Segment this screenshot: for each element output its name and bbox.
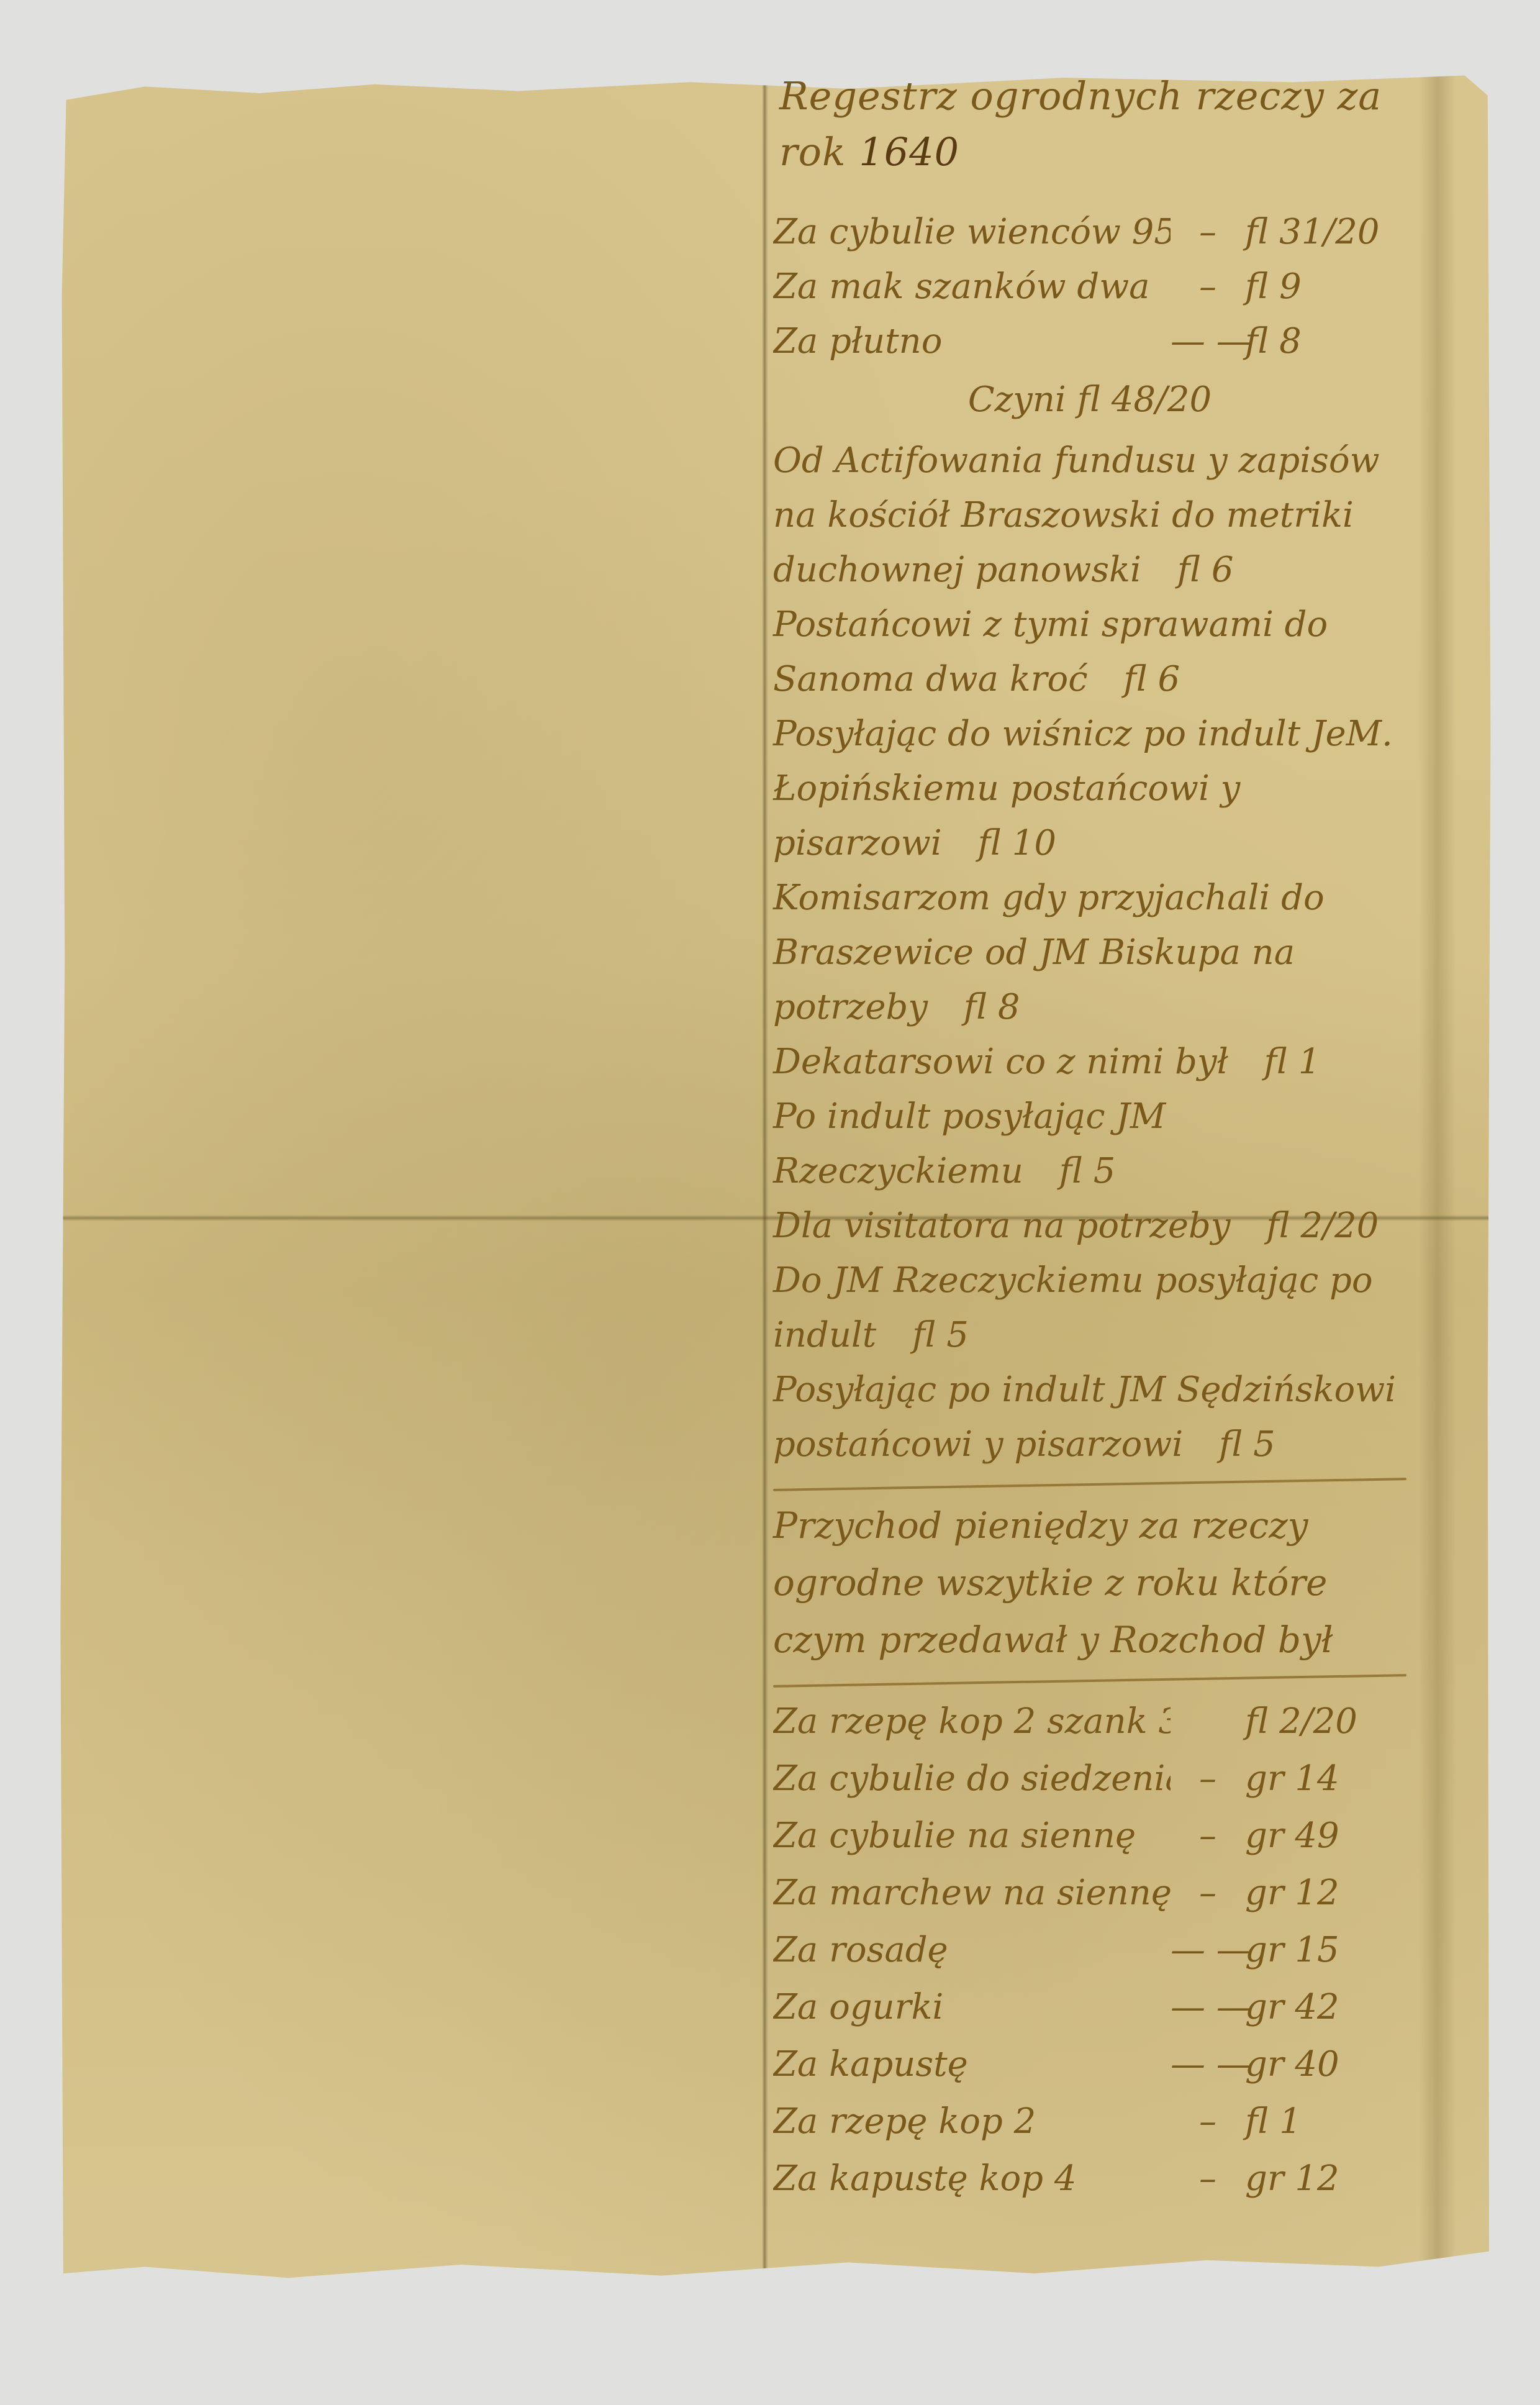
item-dash: – <box>1171 1865 1245 1922</box>
entry-amount: fl 5 <box>1059 1151 1116 1191</box>
expense-entry: Po indult posyłając JM Rzeczyckiemu fl 5 <box>773 1089 1406 1199</box>
document-title: Regestrz ogrodnych rzeczy za rok 1640 <box>779 68 1406 180</box>
expense-entry: Od Actifowania fundusu y zapisów na kośc… <box>773 434 1406 598</box>
ledger-row: Za mak szanków dwa – fl 9 <box>773 260 1406 314</box>
section-sum: Czyni fl 48/20 <box>773 371 1406 429</box>
ledger-row: Za rzepę kop 2 – fl 1 <box>773 2093 1406 2150</box>
ledger-row: Za kapustę — — gr 40 <box>773 2036 1406 2093</box>
entry-amount: fl 8 <box>964 987 1020 1027</box>
edge-stain <box>1419 73 1456 2285</box>
item-amount: fl 31/20 <box>1245 205 1406 260</box>
item-amount: gr 12 <box>1245 1865 1406 1922</box>
entry-text: Dla visitatora na potrzeby <box>773 1206 1230 1246</box>
item-amount: gr 15 <box>1245 1922 1406 1979</box>
ledger-row: Za cybulie do siedzenia – gr 14 <box>773 1750 1406 1807</box>
entry-amount: fl 2/20 <box>1266 1206 1379 1246</box>
item-amount: gr 14 <box>1245 1750 1406 1807</box>
entry-amount: fl 10 <box>978 823 1056 863</box>
ledger-row: Za marchew na siennę – gr 12 <box>773 1865 1406 1922</box>
expense-entry: Dla visitatora na potrzeby fl 2/20 <box>773 1199 1406 1253</box>
sum-label: Czyni <box>968 380 1066 420</box>
entry-amount: fl 5 <box>1219 1424 1275 1465</box>
ledger-row: Za rosadę — — gr 15 <box>773 1922 1406 1979</box>
ledger-row: Za płutno — — fl 8 <box>773 314 1406 369</box>
section-heading: Przychod pieniędzy za rzeczy ogrodne wsz… <box>773 1497 1406 1668</box>
ledger-row: Za rzepę kop 2 szank 3 fl 2/20 <box>773 1693 1406 1750</box>
vertical-fold-crease <box>762 73 768 2285</box>
expense-entry: Komisarzom gdy przyjachali do Braszewice… <box>773 871 1406 1035</box>
section-income-sales: Za cybulie wienców 95 – fl 31/20 Za mak … <box>773 205 1406 429</box>
item-label: Za kapustę <box>773 2036 1171 2093</box>
item-label: Za kapustę kop 4 <box>773 2150 1171 2207</box>
title-year: 1640 <box>859 129 959 175</box>
expense-entry: Dekatarsowi co z nimi był fl 1 <box>773 1035 1406 1089</box>
section-garden-income: Za rzepę kop 2 szank 3 fl 2/20 Za cybuli… <box>773 1693 1406 2207</box>
item-dash: – <box>1171 205 1245 260</box>
entry-text: Dekatarsowi co z nimi był <box>773 1042 1228 1082</box>
item-label: Za rosadę <box>773 1922 1171 1979</box>
entry-text: Postańcowi z tymi sprawami do Sanoma dwa… <box>773 604 1328 699</box>
entry-amount: fl 6 <box>1123 659 1180 699</box>
item-dash: – <box>1171 2150 1245 2207</box>
item-dash: – <box>1171 1807 1245 1865</box>
entry-text: Komisarzom gdy przyjachali do Braszewice… <box>773 878 1325 1027</box>
entry-text: Posyłając do wiśnicz po indult JeM. Łopi… <box>773 714 1393 863</box>
expense-entry: Posyłając po indult JM Sędzińskowi posta… <box>773 1363 1406 1472</box>
divider-rule <box>773 1478 1406 1491</box>
item-amount: gr 40 <box>1245 2036 1406 2093</box>
item-dash: — — <box>1171 1922 1245 1979</box>
item-dash: — — <box>1171 2036 1245 2093</box>
item-label: Za rzepę kop 2 szank 3 <box>773 1693 1171 1750</box>
item-dash: — — <box>1171 1979 1245 2036</box>
item-amount: gr 49 <box>1245 1807 1406 1865</box>
item-dash: – <box>1171 2093 1245 2150</box>
ledger-row: Za ogurki — — gr 42 <box>773 1979 1406 2036</box>
item-label: Za mak szanków dwa <box>773 260 1171 314</box>
item-amount: gr 42 <box>1245 1979 1406 2036</box>
entry-amount: fl 5 <box>912 1315 969 1355</box>
item-label: Za marchew na siennę <box>773 1865 1171 1922</box>
section-expenses: Od Actifowania fundusu y zapisów na kośc… <box>773 434 1406 1472</box>
expense-entry: Postańcowi z tymi sprawami do Sanoma dwa… <box>773 598 1406 707</box>
item-amount: fl 2/20 <box>1245 1693 1406 1750</box>
expense-entry: Posyłając do wiśnicz po indult JeM. Łopi… <box>773 707 1406 871</box>
ledger-row: Za kapustę kop 4 – gr 12 <box>773 2150 1406 2207</box>
entry-text: Posyłając po indult JM Sędzińskowi posta… <box>773 1370 1396 1465</box>
item-label: Za cybulie wienców 95 <box>773 205 1171 260</box>
divider-rule <box>773 1674 1406 1688</box>
item-dash: – <box>1171 1750 1245 1807</box>
item-label: Za płutno <box>773 314 1171 369</box>
manuscript-text-column: Regestrz ogrodnych rzeczy za rok 1640 Za… <box>773 68 1406 2207</box>
ledger-row: Za cybulie wienców 95 – fl 31/20 <box>773 205 1406 260</box>
item-dash: – <box>1171 260 1245 314</box>
item-dash: — — <box>1171 314 1245 369</box>
title-line-2-prefix: rok <box>779 129 846 175</box>
ledger-row: Za cybulie na siennę – gr 49 <box>773 1807 1406 1865</box>
entry-amount: fl 6 <box>1177 550 1234 590</box>
entry-text: Do JM Rzeczyckiemu posyłając po indult <box>773 1260 1373 1355</box>
item-amount: fl 1 <box>1245 2093 1406 2150</box>
item-amount: fl 9 <box>1245 260 1406 314</box>
sum-amount: fl 48/20 <box>1077 380 1212 420</box>
item-label: Za cybulie na siennę <box>773 1807 1171 1865</box>
item-amount: gr 12 <box>1245 2150 1406 2207</box>
entry-text: Od Actifowania fundusu y zapisów na kośc… <box>773 440 1380 590</box>
item-label: Za cybulie do siedzenia <box>773 1750 1171 1807</box>
title-line-1: Regestrz ogrodnych rzeczy za <box>779 73 1382 119</box>
entry-amount: fl 1 <box>1264 1042 1321 1082</box>
expense-entry: Do JM Rzeczyckiemu posyłając po indult f… <box>773 1253 1406 1363</box>
item-label: Za ogurki <box>773 1979 1171 2036</box>
item-label: Za rzepę kop 2 <box>773 2093 1171 2150</box>
item-amount: fl 8 <box>1245 314 1406 369</box>
